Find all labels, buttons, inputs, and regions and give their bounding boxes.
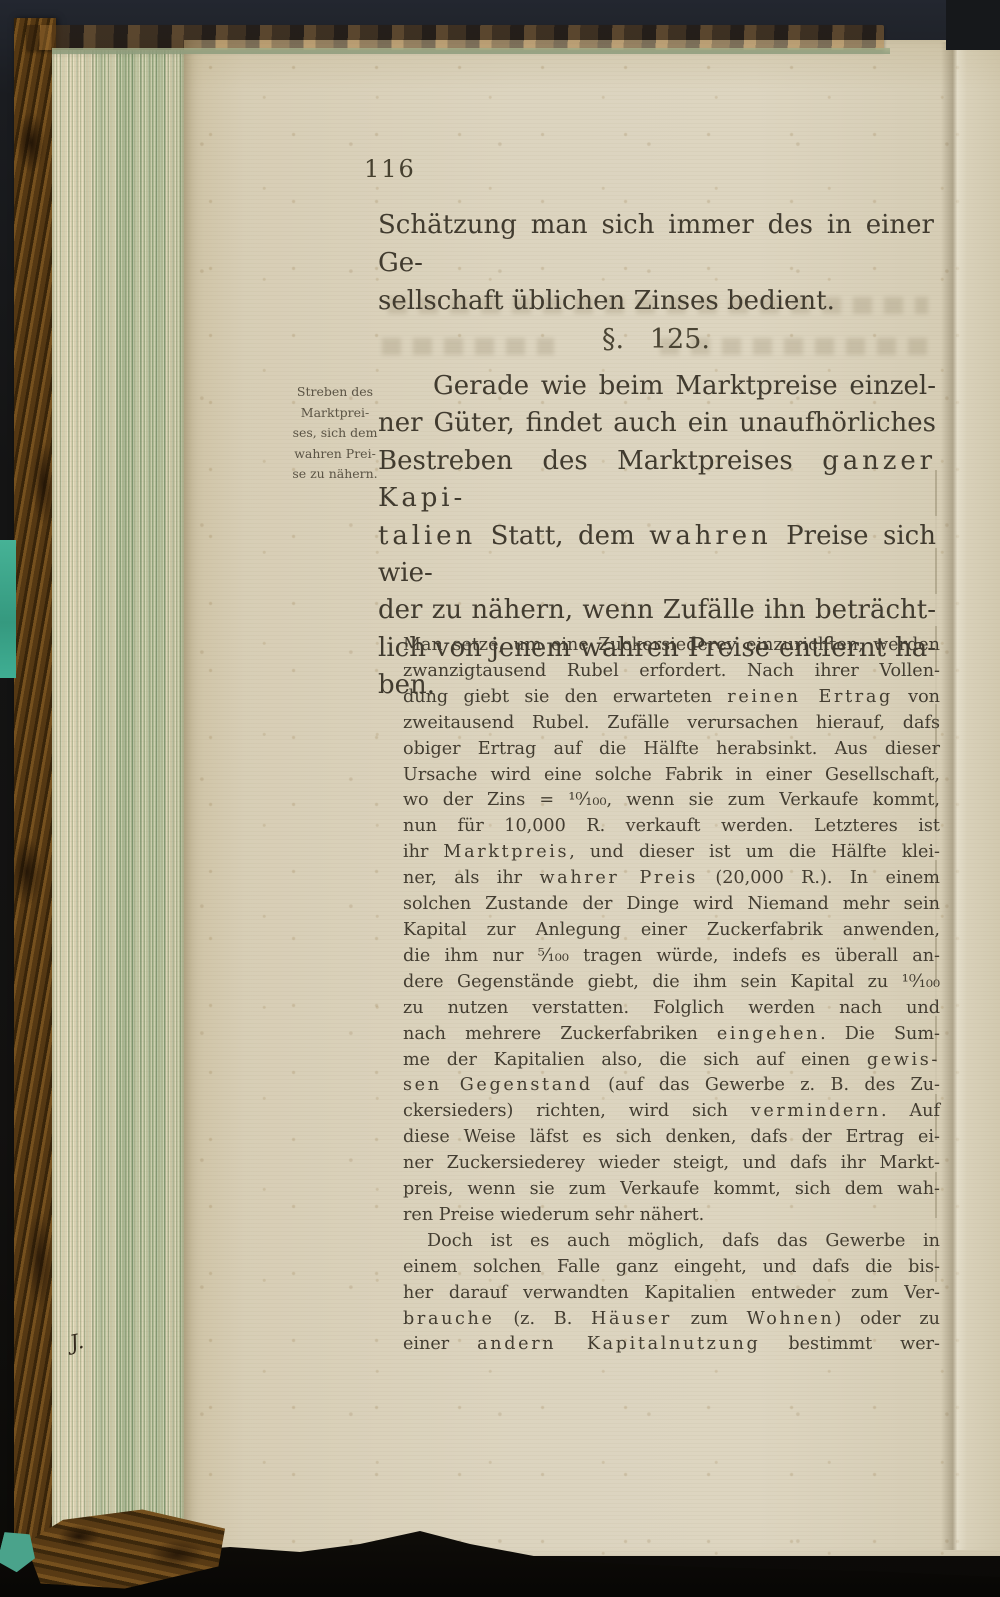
text-line: Ursache wird eine solche Fabrik in einer… — [403, 763, 940, 789]
text-line: se zu nähern. — [289, 464, 381, 485]
text-line: ckersieders) richten, wird sich verminde… — [403, 1099, 940, 1125]
text-line: talien Statt, dem wahren Preise sich wie… — [378, 518, 936, 593]
top-right-shadow — [946, 0, 1000, 50]
text-line: dere Gegenstände giebt, die ihm sein Kap… — [403, 970, 940, 996]
text-line: ner Güter, findet auch ein unaufhörliche… — [378, 405, 936, 442]
text-line: ses, sich dem — [289, 423, 381, 444]
book-cover-edge — [14, 18, 56, 1570]
text-line: Streben des — [289, 382, 381, 403]
text-line: diese Weise läfst es sich denken, dafs d… — [403, 1125, 940, 1151]
text-line: ren Preise wiederum sehr nähert. — [403, 1203, 940, 1229]
page-number: 116 — [364, 155, 416, 183]
text-line: zwanzigtausend Rubel erfordert. Nach ihr… — [403, 659, 940, 685]
text-line: dung giebt sie den erwarteten reinen Ert… — [403, 685, 940, 711]
text-line: Marktprei- — [289, 403, 381, 424]
text-line: Bestreben des Marktpreises ganzer Kapi- — [378, 443, 936, 518]
text-line: Kapital zur Anlegung einer Zuckerfabrik … — [403, 918, 940, 944]
top-cover-strip — [26, 25, 884, 50]
top-page-edge-line — [52, 48, 890, 54]
section-heading: §. 125. — [378, 324, 934, 355]
text-line: Man setze, um eine Zuckersiederey einzur… — [403, 633, 940, 659]
page-edges-stack — [52, 50, 190, 1552]
text-line: sellschaft üblichen Zinses bedient. — [378, 282, 934, 320]
teal-cover-patch — [0, 540, 16, 678]
text-line: Schätzung man sich immer des in einer Ge… — [378, 206, 934, 282]
text-line: preis, wenn sie zum Verkaufe kommt, sich… — [403, 1177, 940, 1203]
text-line: her darauf verwandten Kapitalien entwede… — [403, 1281, 940, 1307]
text-line: wo der Zins = ¹⁰⁄₁₀₀, wenn sie zum Verka… — [403, 788, 940, 814]
text-line: sen Gegenstand (auf das Gewerbe z. B. de… — [403, 1073, 940, 1099]
text-line: die ihm nur ⁵⁄₁₀₀ tragen würde, indefs e… — [403, 944, 940, 970]
text-line: me der Kapitalien also, die sich auf ein… — [403, 1048, 940, 1074]
margin-note: Streben desMarktprei-ses, sich demwahren… — [289, 382, 381, 485]
text-line: ner, als ihr wahrer Preis (20,000 R.). I… — [403, 866, 940, 892]
text-line: einem solchen Falle ganz eingeht, und da… — [403, 1255, 940, 1281]
text-line: brauche (z. B. Häuser zum Wohnen) oder z… — [403, 1307, 940, 1333]
next-page-edge — [957, 42, 1000, 1550]
text-line: nun für 10,000 R. verkauft werden. Letzt… — [403, 814, 940, 840]
text-line: nach mehrere Zuckerfabriken eingehen. Di… — [403, 1022, 940, 1048]
text-line: obiger Ertrag auf die Hälfte herabsinkt.… — [403, 737, 940, 763]
text-line: solchen Zustande der Dinge wird Niemand … — [403, 892, 940, 918]
text-line: zweitausend Rubel. Zufälle verursachen h… — [403, 711, 940, 737]
text-line: zu nutzen verstatten. Folglich werden na… — [403, 996, 940, 1022]
small-print-paragraph: Man setze, um eine Zuckersiederey einzur… — [403, 633, 940, 1358]
text-line: wahren Prei- — [289, 444, 381, 465]
text-line: Gerade wie beim Marktpreise einzel- — [378, 368, 936, 405]
intro-paragraph: Schätzung man sich immer des in einer Ge… — [378, 206, 934, 320]
text-line: Doch ist es auch möglich, dafs das Gewer… — [403, 1229, 940, 1255]
text-line: der zu nähern, wenn Zufälle ihn beträcht… — [378, 592, 936, 629]
book-scan-photo: 116 Schätzung man sich immer des in eine… — [0, 0, 1000, 1597]
text-line: einer andern Kapitalnutzung bestimmt wer… — [403, 1332, 940, 1358]
text-line: ihr Marktpreis, und dieser ist um die Hä… — [403, 840, 940, 866]
text-line: ner Zuckersiederey wieder steigt, und da… — [403, 1151, 940, 1177]
